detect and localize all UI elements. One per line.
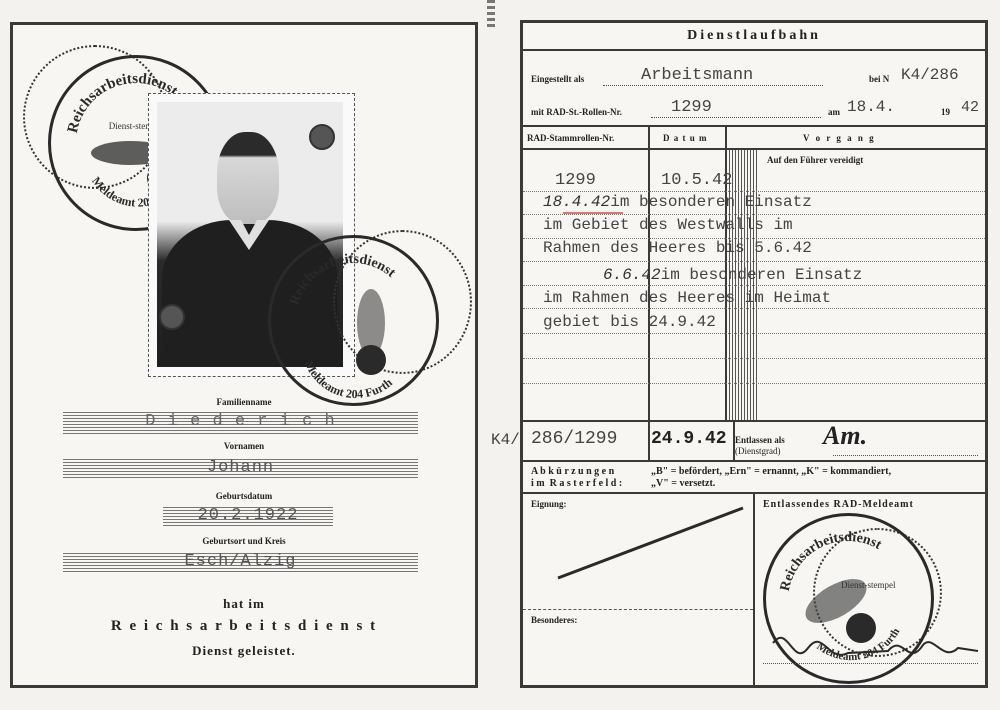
field-label-geburtsdatum: Geburtsdatum [13,491,475,501]
entry-line: im Gebiet des Westwalls im [543,216,793,234]
grommet-icon [309,124,335,150]
entlassen-date: 24.9.42 [651,429,727,449]
year-prefix: 19 [941,107,950,117]
right-page: Dienstlaufbahn Eingestellt als Arbeitsma… [520,20,988,688]
stamp-photo: Reichsarbeitsdienst Meldeamt 204 Furth [268,235,439,406]
rollen-value: 1299 [671,98,712,117]
divider [523,420,985,422]
footer-line-3: Dienst geleistet. [13,643,475,659]
entlassen-label: Entlassen als [735,435,785,445]
col-header-datum: D a t u m [663,133,708,143]
col-header-vorgang: V o r g a n g [803,133,876,143]
entry-line: im Rahmen des Heeres im Heimat [543,289,831,307]
besonderes-label: Besonderes: [531,615,577,625]
meldeamt-label: Entlassendes RAD-Meldeamt [763,499,914,510]
grommet-icon [159,304,185,330]
abk-text: „V" = versetzt. [651,478,715,489]
field-label-vornamen: Vornamen [13,441,475,451]
divider [523,460,985,462]
field-label-geburtsort: Geburtsort und Kreis [13,536,475,546]
eingestellt-label: Eingestellt als [531,74,584,84]
vereidigt-label: Auf den Führer vereidigt [767,155,863,165]
entlassen-signature: Am. [823,421,867,451]
entlassen-nr: 286/1299 [531,429,617,449]
photo-head [217,132,279,224]
signature-scribble [768,623,983,673]
field-label-familienname: Familienname [13,397,475,407]
year-value: 42 [961,99,979,116]
entry-line: 18.4.42im besonderen Einsatz [543,193,812,211]
field-vornamen: Johann [63,457,418,479]
divider [523,49,985,51]
left-page: Reichsarbeitsdienst Meldeamt 204 Furth D… [10,22,478,688]
footer-line-2: R e i c h s a r b e i t s d i e n s t [13,618,475,635]
entlassen-prefix: K4/ [491,431,520,449]
bei-value: K4/286 [901,66,959,84]
page-title: Dienstlaufbahn [523,28,985,44]
entry-nr: 1299 [555,171,596,190]
red-underline [563,212,623,214]
abk-text: „B" = befördert, „Ern" = ernannt, „K" = … [651,466,891,477]
entry-date: 10.5.42 [661,171,732,190]
field-familienname: D i e d e r i c h [63,410,418,434]
divider [523,125,985,127]
abk-label: A b k ü r z u n g e n [531,466,614,477]
field-geburtsort: Esch/Alzig [63,551,418,573]
field-geburtsdatum: 20.2.1922 [163,505,333,527]
binding-mark [487,0,495,30]
entry-line: Rahmen des Heeres bis 5.6.42 [543,239,812,257]
strike-line [553,503,753,583]
col-header-nr: RAD-Stammrollen-Nr. [527,133,614,143]
abk-label: i m R a s t e r f e l d : [531,478,622,489]
svg-text:Reichsarbeitsdienst: Reichsarbeitsdienst [287,252,398,307]
am-value: 18.4. [847,98,895,116]
footer-line-1: hat im [13,596,475,612]
bei-label: bei N [869,74,889,84]
entry-line: gebiet bis 24.9.42 [543,313,716,331]
am-label: am [828,107,840,117]
entry-line: 6.6.42im besonderen Einsatz [603,266,862,284]
stamp-center-text: Dienst-stempel [841,580,896,590]
dienstgrad-label: (Dienstgrad) [735,446,780,456]
eingestellt-value: Arbeitsmann [641,66,753,85]
rollen-label: mit RAD-St.-Rollen-Nr. [531,107,622,117]
